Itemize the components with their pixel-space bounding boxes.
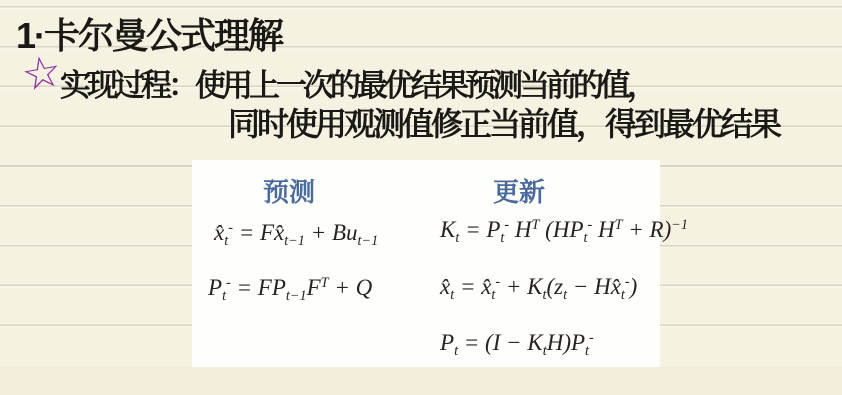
predict-column-header: 预测 [263,172,315,209]
kalman-gain-formula: Kt = Pt- HT (HPt- HT + R)−1 [440,217,688,243]
update-state-formula: x̂t = x̂t- + Kt(zt − Hx̂t-) [440,274,637,300]
formula-panel: 预测 更新 x̂t- = Fx̂t−1 + But−1 Pt- = FPt−1F… [192,160,660,367]
page-bottom-band [0,367,842,395]
star-icon: ☆ [18,49,64,99]
update-column-header: 更新 [493,172,545,209]
predict-covariance-formula: Pt- = FPt−1FT + Q [208,275,372,301]
note-process-line2: 同时使用观测值修正当前值，得到最优结果 [228,99,779,145]
predict-state-formula: x̂t- = Fx̂t−1 + But−1 [214,220,378,246]
notebook-page: 1·卡尔曼公式理解 ☆ 实现过程：使用上一次的最优结果预测当前的值， 同时使用观… [0,0,842,395]
update-covariance-formula: Pt = (I − KtH)Pt- [440,330,594,356]
